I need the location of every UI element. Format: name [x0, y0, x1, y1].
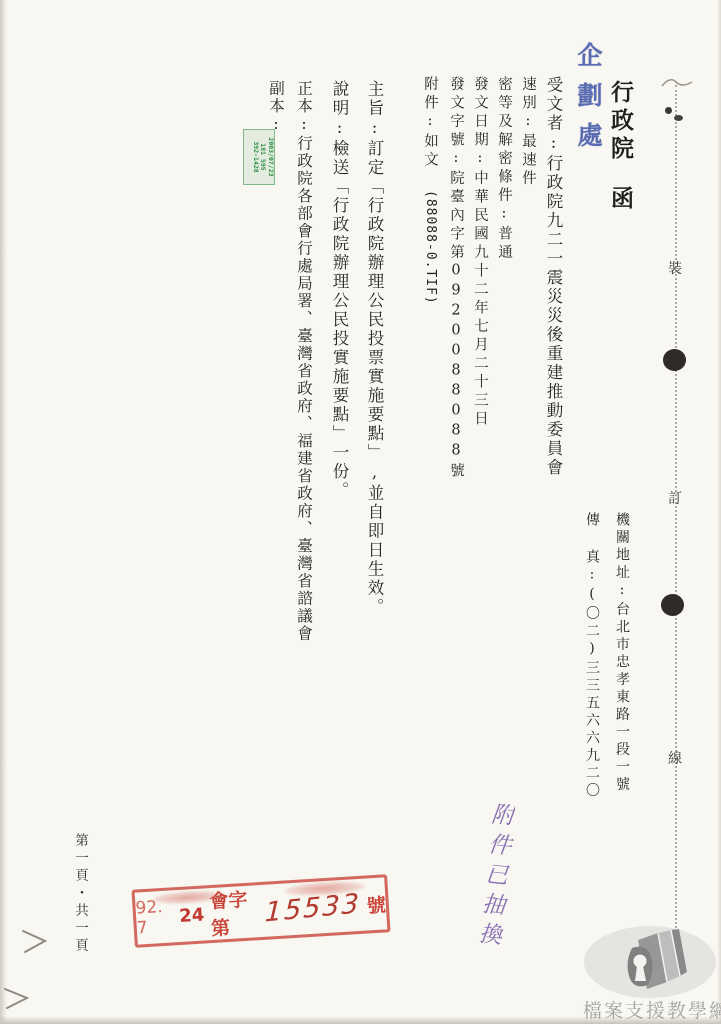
- attachment-line: 附件:如文 (88088-0.TIF): [420, 76, 441, 305]
- description-line: 說明:檢送「行政院辦理公民投實施要點」一份。: [327, 80, 351, 501]
- red-stamp-day: 24: [179, 904, 205, 926]
- scanned-official-letter: 裝 訂 線 企劃處 行政院 函 受文者:行政院九二一震災災後重建推動委員會 機關…: [0, 0, 721, 1024]
- binding-char-ding: 訂: [662, 488, 688, 508]
- original-copy-line: 正本:行政院各部會行處局署、臺灣省政府、福建省政府、臺灣省諮議會: [293, 80, 315, 643]
- recipient-line: 受文者:行政院九二一震災災後重建推動委員會: [541, 76, 565, 478]
- punch-hole-top: [663, 349, 686, 371]
- green-stamp-line: 181 595: [259, 130, 267, 184]
- scan-edge-right: [717, 0, 721, 1024]
- org-address-line: 機關地址:台北市忠孝東路一段一號: [612, 512, 632, 794]
- punch-hole-bottom: [661, 594, 684, 616]
- attachment-file: (88088-0.TIF): [423, 190, 438, 305]
- green-stamp-line: 2003/07/23: [267, 130, 275, 184]
- pencil-mark: [20, 928, 50, 956]
- ink-dot: [665, 107, 672, 114]
- doc-number-line: 發文字號:院臺內字第0920088088號: [446, 76, 467, 481]
- attachment-label: 附件:如文: [422, 76, 438, 170]
- binding-dotted-line: [675, 85, 677, 940]
- keyhole-icon: [628, 947, 653, 987]
- binding-char-zhuang: 裝: [662, 258, 688, 278]
- department-stamp: 企劃處: [570, 42, 606, 162]
- ink-dot: [674, 115, 683, 121]
- cc-line: 副本:: [265, 80, 287, 135]
- handwritten-note: 附件已抽換: [470, 801, 518, 954]
- pencil-mark: [3, 986, 33, 1012]
- binding-char-xian: 線: [662, 748, 688, 768]
- scan-edge-left: [0, 0, 7, 1024]
- green-receipt-stamp-text: 2003/07/23 181 595 392-1428: [243, 129, 275, 185]
- red-stamp-suffix: 號: [366, 890, 387, 918]
- pencil-squiggle: [660, 72, 694, 94]
- page-indicator: 第一頁・共一頁: [70, 833, 90, 956]
- security-line: 密等及解密條件:普通: [494, 76, 515, 263]
- issue-date-line: 發文日期:中華民國九十二年七月二十三日: [470, 76, 491, 429]
- watermark-label: 檔案支援教學網: [583, 1000, 721, 1022]
- green-receipt-stamp: 2003/07/23 181 595 392-1428: [243, 129, 273, 183]
- org-title: 行政院: [604, 80, 637, 164]
- watermark-logo: 檔案支援教學網: [580, 918, 721, 1024]
- red-registry-stamp: 92. 7 24 會字第 15533 號: [131, 874, 390, 948]
- speed-line: 速別:最速件: [518, 76, 539, 189]
- red-stamp-number: 15533: [264, 888, 361, 928]
- subject-line: 主旨:訂定「行政院辦理公民投票實施要點」,並自即日生效。: [362, 80, 386, 617]
- doc-type-title: 函: [604, 186, 637, 214]
- green-stamp-line: 392-1428: [252, 130, 260, 184]
- fax-line: 傳 真:(〇二)三三五六六九二〇: [582, 512, 602, 800]
